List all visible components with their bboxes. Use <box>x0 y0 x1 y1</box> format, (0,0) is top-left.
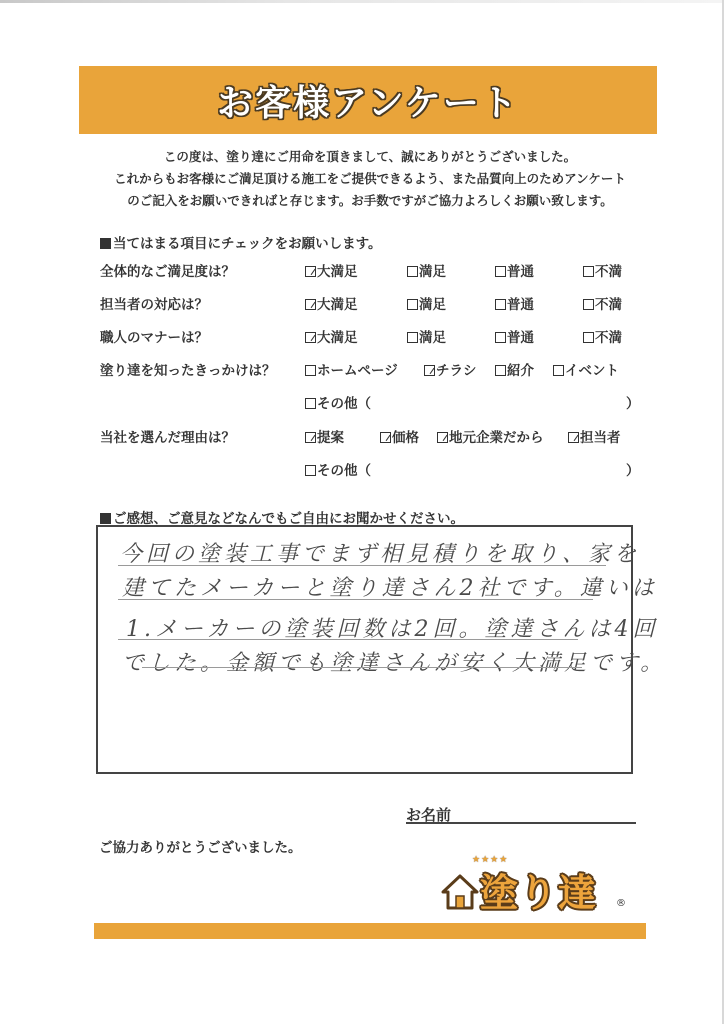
option-label: その他（ <box>317 396 371 412</box>
option-label: 大満足 <box>317 264 358 280</box>
question-overall-satisfaction: 全体的なご満足度は？ 大満足 満足 普通 不満 <box>100 260 640 282</box>
page-title: お客様アンケート <box>217 75 519 126</box>
footer-bar <box>94 923 646 939</box>
question-label: 当社を選んだ理由は？ <box>100 426 235 446</box>
question-craftsman-manners: 職人のマナーは？ 大満足 満足 普通 不満 <box>100 326 640 348</box>
option-price[interactable]: 価格 <box>380 426 419 446</box>
handwritten-line: でした。金額でも塗達さんが安く大満足です。 <box>122 646 666 677</box>
question-label: 担当者の対応は？ <box>100 293 208 313</box>
square-bullet-icon <box>100 513 111 524</box>
option-dissatisfied[interactable]: 不満 <box>583 293 622 313</box>
option-label: 不満 <box>595 264 622 280</box>
option-other[interactable]: その他（ <box>305 392 371 412</box>
close-paren: ） <box>626 392 640 412</box>
registered-mark: ® <box>616 898 626 909</box>
handwritten-line: 建てたメーカーと塗り達さん2社です。違いは <box>122 571 658 602</box>
house-icon <box>440 872 480 912</box>
option-label: 満足 <box>419 264 446 280</box>
company-logo: ★★★★ 塗り達 ® <box>440 858 630 916</box>
checkbox-checked-icon[interactable] <box>305 299 316 310</box>
checkbox-icon[interactable] <box>305 465 316 476</box>
checkbox-icon[interactable] <box>495 332 506 343</box>
option-label: 担当者 <box>580 430 621 446</box>
checklist-heading-text: 当てはまる項目にチェックをお願いします。 <box>113 236 382 252</box>
intro-text: この度は、塗り達にご用命を頂きまして、誠にありがとうございました。 これからもお… <box>90 146 650 212</box>
option-dissatisfied[interactable]: 不満 <box>583 326 622 346</box>
checkbox-icon[interactable] <box>407 332 418 343</box>
underline <box>118 565 606 566</box>
close-paren: ） <box>626 459 640 479</box>
option-other[interactable]: その他（ <box>305 459 371 479</box>
question-label: 塗り達を知ったきっかけは？ <box>100 359 276 379</box>
checkbox-icon[interactable] <box>495 266 506 277</box>
option-referral[interactable]: 紹介 <box>495 359 534 379</box>
checkbox-icon[interactable] <box>407 299 418 310</box>
option-staff[interactable]: 担当者 <box>568 426 621 446</box>
checkbox-icon[interactable] <box>495 365 506 376</box>
checkbox-checked-icon[interactable] <box>305 266 316 277</box>
option-very-satisfied[interactable]: 大満足 <box>305 293 358 313</box>
option-label: 満足 <box>419 297 446 313</box>
scan-edge-top <box>0 0 724 3</box>
option-label: イベント <box>565 363 619 379</box>
checkbox-checked-icon[interactable] <box>380 432 391 443</box>
option-average[interactable]: 普通 <box>495 326 534 346</box>
question-reason-other: その他（ ） <box>100 459 640 481</box>
question-label: 職人のマナーは？ <box>100 326 208 346</box>
option-label: 大満足 <box>317 330 358 346</box>
checkbox-icon[interactable] <box>407 266 418 277</box>
checkbox-icon[interactable] <box>305 398 316 409</box>
option-label: 紹介 <box>507 363 534 379</box>
option-local-company[interactable]: 地元企業だから <box>437 426 544 446</box>
checkbox-checked-icon[interactable] <box>305 332 316 343</box>
option-label: その他（ <box>317 463 371 479</box>
name-underline <box>406 822 636 824</box>
option-label: 不満 <box>595 330 622 346</box>
checkbox-icon[interactable] <box>583 332 594 343</box>
checkbox-icon[interactable] <box>553 365 564 376</box>
underline <box>118 599 593 600</box>
option-average[interactable]: 普通 <box>495 293 534 313</box>
checklist-heading: 当てはまる項目にチェックをお願いします。 <box>100 232 382 252</box>
option-proposal[interactable]: 提案 <box>305 426 344 446</box>
question-how-found-other: その他（ ） <box>100 392 640 414</box>
option-satisfied[interactable]: 満足 <box>407 326 446 346</box>
question-staff-response: 担当者の対応は？ 大満足 満足 普通 不満 <box>100 293 640 315</box>
checkbox-icon[interactable] <box>583 266 594 277</box>
checkbox-checked-icon[interactable] <box>437 432 448 443</box>
option-label: 大満足 <box>317 297 358 313</box>
option-very-satisfied[interactable]: 大満足 <box>305 326 358 346</box>
option-satisfied[interactable]: 満足 <box>407 260 446 280</box>
intro-line: この度は、塗り達にご用命を頂きまして、誠にありがとうございました。 <box>90 146 650 168</box>
title-banner: お客様アンケート <box>79 66 657 134</box>
option-homepage[interactable]: ホームページ <box>305 359 398 379</box>
underline <box>118 639 578 640</box>
option-satisfied[interactable]: 満足 <box>407 293 446 313</box>
checkbox-checked-icon[interactable] <box>424 365 435 376</box>
question-how-found: 塗り達を知ったきっかけは？ ホームページ チラシ 紹介 イベント <box>100 359 640 381</box>
checkbox-checked-icon[interactable] <box>568 432 579 443</box>
underline <box>142 667 582 668</box>
checkbox-icon[interactable] <box>305 365 316 376</box>
question-reason-chosen: 当社を選んだ理由は？ 提案 価格 地元企業だから 担当者 <box>100 426 640 448</box>
option-label: チラシ <box>436 363 477 379</box>
question-label: 全体的なご満足度は？ <box>100 260 235 280</box>
option-label: 提案 <box>317 430 344 446</box>
intro-line: のご記入をお願いできればと存じます。お手数ですがご協力よろしくお願い致します。 <box>90 190 650 212</box>
option-flyer[interactable]: チラシ <box>424 359 477 379</box>
checkbox-icon[interactable] <box>583 299 594 310</box>
option-label: 普通 <box>507 297 534 313</box>
comments-heading: ご感想、ご意見などなんでもご自由にお聞かせください。 <box>100 507 464 527</box>
option-label: 価格 <box>392 430 419 446</box>
option-label: 普通 <box>507 330 534 346</box>
intro-line: これからもお客様にご満足頂ける施工をご提供できるよう、また品質向上のためアンケー… <box>90 168 650 190</box>
handwritten-line: 今回の塗装工事でまず相見積りを取り、家を <box>120 537 640 568</box>
checkbox-checked-icon[interactable] <box>305 432 316 443</box>
option-dissatisfied[interactable]: 不満 <box>583 260 622 280</box>
option-event[interactable]: イベント <box>553 359 619 379</box>
option-label: ホームページ <box>317 363 398 379</box>
checkbox-icon[interactable] <box>495 299 506 310</box>
option-label: 地元企業だから <box>449 430 544 446</box>
option-label: 不満 <box>595 297 622 313</box>
logo-text: 塗り達 <box>480 862 597 917</box>
option-very-satisfied[interactable]: 大満足 <box>305 260 358 280</box>
option-label: 普通 <box>507 264 534 280</box>
option-label: 満足 <box>419 330 446 346</box>
square-bullet-icon <box>100 238 111 249</box>
thanks-text: ご協力ありがとうございました。 <box>99 836 302 856</box>
option-average[interactable]: 普通 <box>495 260 534 280</box>
name-field[interactable] <box>456 802 636 822</box>
